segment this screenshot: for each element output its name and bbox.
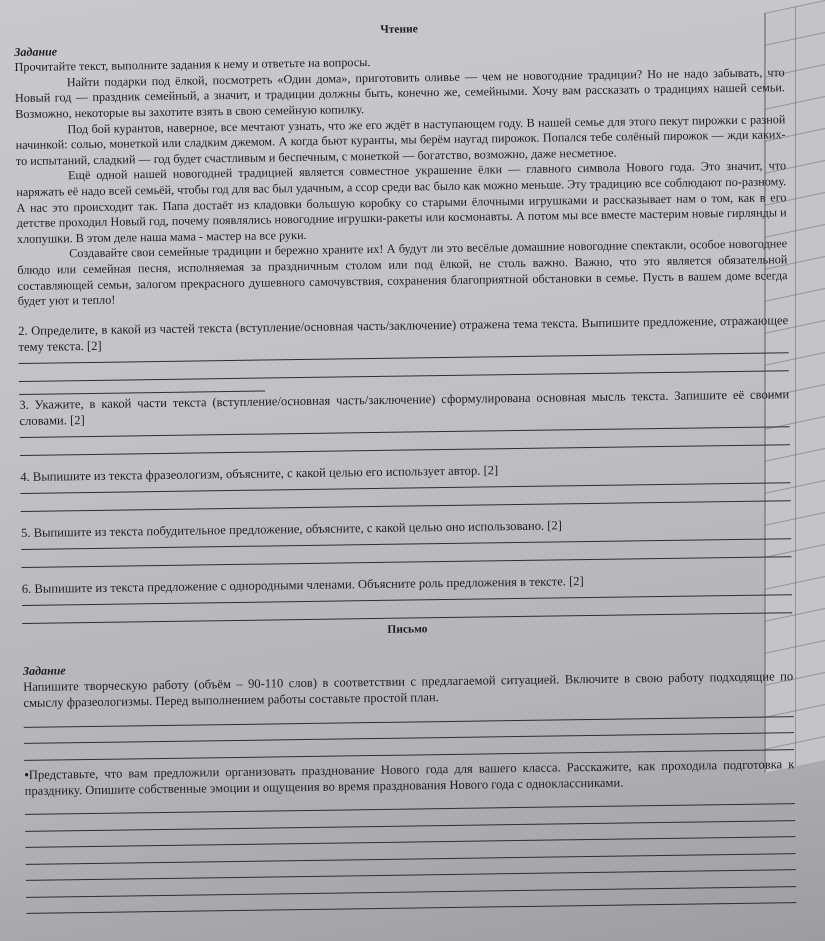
reading-text: Найти подарки под ёлкой, посмотреть «Оди… <box>15 65 788 310</box>
answer-line[interactable] <box>26 886 796 898</box>
question-6: 6. Выпишите из текста предложение с одно… <box>22 570 793 624</box>
answer-line[interactable] <box>22 556 792 568</box>
question-4: 4. Выпишите из текста фразеологизм, объя… <box>20 458 791 512</box>
answer-line[interactable] <box>20 426 790 438</box>
answer-line[interactable] <box>25 820 795 832</box>
essay-answer-area[interactable] <box>25 803 796 914</box>
answer-line[interactable] <box>26 853 796 865</box>
writing-prompt: Представьте, что вам предложили организо… <box>24 756 796 914</box>
answer-line[interactable] <box>25 836 795 848</box>
answer-line[interactable] <box>24 716 794 728</box>
answer-line[interactable] <box>19 370 789 382</box>
question-5: 5. Выпишите из текста побудительное пред… <box>21 514 792 568</box>
text-paragraph-3: Ещё одной нашей новогодней традицией явл… <box>16 159 787 248</box>
question-4-text: 4. Выпишите из текста фразеологизм, объя… <box>20 458 790 485</box>
writing-prompt-text: Представьте, что вам предложили организо… <box>24 756 794 799</box>
answer-line[interactable] <box>21 538 791 550</box>
question-3: 3. Укажите, в какой части текста (вступл… <box>19 386 790 456</box>
answer-line[interactable] <box>25 803 795 815</box>
answer-line[interactable] <box>22 594 792 606</box>
question-2-text: 2. Определите, в какой из частей текста … <box>18 312 788 355</box>
writing-task: Задание Напишите творческую работу (объё… <box>23 652 794 760</box>
question-6-text: 6. Выпишите из текста предложение с одно… <box>22 570 792 597</box>
question-5-text: 5. Выпишите из текста побудительное пред… <box>21 514 791 541</box>
text-paragraph-4: Создавайте свои семейные традиции и бере… <box>17 237 788 310</box>
plan-answer-area[interactable] <box>24 716 794 761</box>
answer-line[interactable] <box>19 352 789 364</box>
answer-line[interactable] <box>24 732 794 744</box>
worksheet-page: Чтение Задание Прочитайте текст, выполни… <box>14 17 796 914</box>
answer-line[interactable] <box>26 869 796 881</box>
answer-line[interactable] <box>21 500 791 512</box>
question-2: 2. Определите, в какой из частей текста … <box>18 312 789 395</box>
answer-line[interactable] <box>20 444 790 456</box>
answer-line[interactable] <box>20 482 790 494</box>
